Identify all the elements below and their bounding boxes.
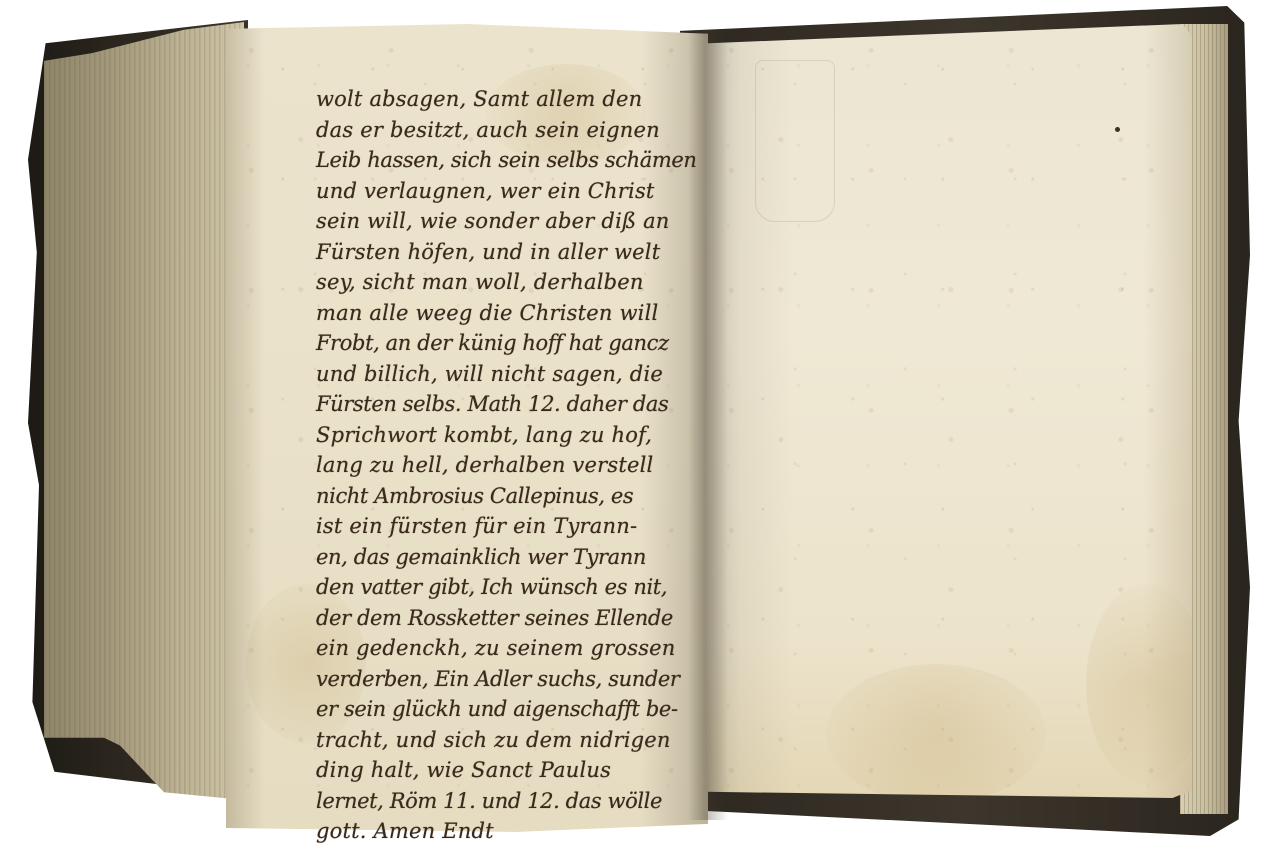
text-line: den vatter gibt, Ich wünsch es nit, (316, 572, 686, 603)
text-line: Frobt, an der künig hoff hat gancz (316, 328, 686, 359)
text-line: lang zu hell, derhalben verstell (316, 450, 686, 481)
paper-stain (1086, 584, 1192, 784)
text-line: das er besitzt, auch sein eignen (316, 115, 686, 146)
text-line: en, das gemainklich wer Tyrann (316, 542, 686, 573)
book-photo: wolt absagen, Samt allem den das er besi… (0, 0, 1280, 860)
text-line: gott. Amen Endt (316, 816, 686, 847)
text-line: verderben, Ein Adler suchs, sunder (316, 664, 686, 695)
text-line: Fürsten selbs. Math 12. daher das (316, 389, 686, 420)
text-line: Fürsten höfen, und in aller welt (316, 237, 686, 268)
text-line: ein gedenckh, zu seinem grossen (316, 633, 686, 664)
text-line: der dem Rossketter seines Ellende (316, 603, 686, 634)
text-line: nicht Ambrosius Callepinus, es (316, 481, 686, 512)
ink-speck (1115, 127, 1120, 132)
text-line: und billich, will nicht sagen, die (316, 359, 686, 390)
text-line: wolt absagen, Samt allem den (316, 84, 686, 115)
text-line: man alle weeg die Christen will (316, 298, 686, 329)
paper-stain (826, 664, 1046, 798)
page-edges-left (44, 22, 244, 800)
faint-show-through (755, 60, 835, 222)
text-line: Sprichwort kombt, lang zu hof, (316, 420, 686, 451)
text-line: tracht, und sich zu dem nidrigen (316, 725, 686, 756)
text-line: sey, sicht man woll, derhalben (316, 267, 686, 298)
text-line: sein will, wie sonder aber diß an (316, 206, 686, 237)
text-line: er sein glückh und aigenschafft be- (316, 694, 686, 725)
text-line: und verlaugnen, wer ein Christ (316, 176, 686, 207)
text-line: ist ein fürsten für ein Tyrann- (316, 511, 686, 542)
text-line: Leib hassen, sich sein selbs schämen (316, 145, 686, 176)
text-line: ding halt, wie Sanct Paulus (316, 755, 686, 786)
handwritten-text: wolt absagen, Samt allem den das er besi… (316, 84, 686, 847)
text-line: lernet, Röm 11. und 12. das wölle (316, 786, 686, 817)
